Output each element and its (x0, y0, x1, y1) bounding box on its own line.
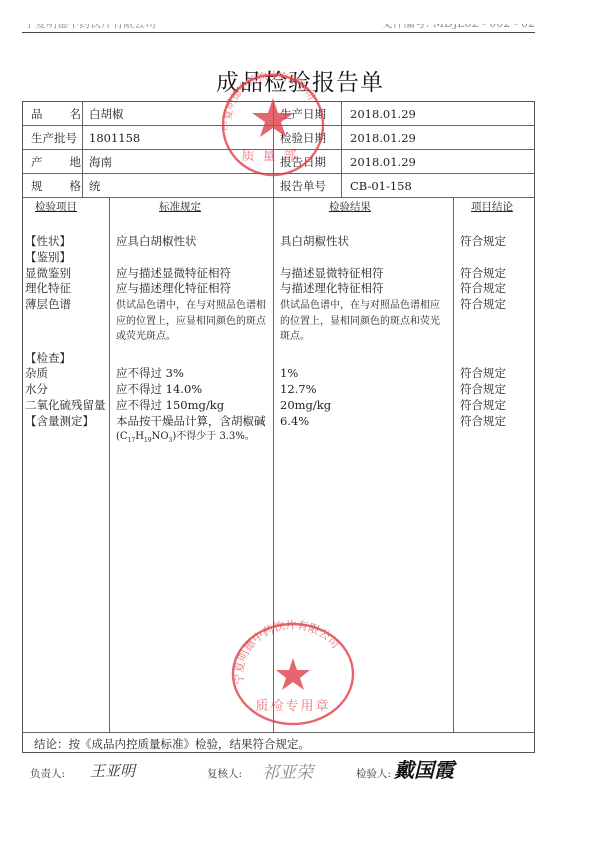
row-item: 【鉴别】 (25, 251, 71, 263)
origin-label: 产地 (31, 156, 81, 168)
row-conclusion: 符合规定 (460, 282, 506, 294)
test-date-label: 检验日期 (280, 132, 326, 144)
batch-label: 生产批号 (31, 132, 77, 144)
product-name-label: 品名 (31, 108, 81, 120)
report-date-value: 2018.01.29 (350, 156, 416, 168)
responsible-signature: 王亚明 (90, 760, 135, 781)
reviewer-signature: 祁亚荣 (262, 758, 313, 783)
row-result: 20mg/kg (280, 399, 331, 411)
row-item: 薄层色谱 (25, 298, 71, 310)
inspector-label: 检验人: (356, 766, 391, 781)
row-standard: 应具白胡椒性状 (116, 235, 197, 247)
row-conclusion: 符合规定 (460, 298, 506, 310)
row-standard: 应不得过 3% (116, 367, 184, 379)
row-item: 【检查】 (25, 352, 71, 364)
prod-date-label: 生产日期 (280, 108, 326, 120)
test-date-value: 2018.01.29 (350, 132, 416, 144)
inspector-signature: 戴国霞 (394, 754, 454, 783)
row-result: 与描述理化特征相符 (280, 282, 384, 294)
row-item: 二氧化硫残留量 (25, 399, 106, 411)
row-standard: 本品按干燥品计算，含胡椒碱 (116, 415, 266, 427)
row-item: 水分 (25, 383, 48, 395)
row-conclusion: 符合规定 (460, 235, 506, 247)
col-header-conclusion: 项目结论 (471, 201, 513, 213)
row-conclusion: 符合规定 (460, 399, 506, 411)
signature-row: 负责人: 王亚明 复核人: 祁亚荣 检验人: 戴国霞 (22, 758, 542, 788)
row-standard: 应与描述显微特征相符 (116, 267, 231, 279)
report-table: 品名 白胡椒 生产批号 1801158 产地 海南 规格 统 生产日期 2018… (22, 101, 535, 753)
spec-value: 统 (89, 180, 101, 192)
row-standard-formula: (C17H19NO3)不得少于 3.3%。 (116, 431, 255, 447)
batch-value: 1801158 (89, 132, 140, 144)
row-item: 杂质 (25, 367, 48, 379)
row-conclusion: 符合规定 (460, 367, 506, 379)
prod-date-value: 2018.01.29 (350, 108, 416, 120)
page-title: 成品检验报告单 (0, 64, 600, 97)
row-conclusion: 符合规定 (460, 415, 506, 427)
row-standard: 供试品色谱中，在与对照品色谱相应的位置上，应显相同颜色的斑点或荧光斑点。 (116, 298, 268, 345)
row-item: 显微鉴别 (25, 267, 71, 279)
col-header-item: 检验项目 (35, 201, 77, 213)
row-result: 与描述显微特征相符 (280, 267, 384, 279)
product-name-value: 白胡椒 (89, 108, 124, 120)
report-no-label: 报告单号 (280, 180, 326, 192)
row-item: 理化特征 (25, 282, 71, 294)
row-conclusion: 符合规定 (460, 267, 506, 279)
row-conclusion: 符合规定 (460, 383, 506, 395)
row-standard: 应与描述理化特征相符 (116, 282, 231, 294)
final-conclusion: 结论：按《成品内控质量标准》检验，结果符合规定。 (34, 736, 310, 752)
col-header-standard: 标准规定 (159, 201, 201, 213)
reviewer-label: 复核人: (207, 766, 242, 781)
row-result: 6.4% (280, 415, 309, 427)
col-header-result: 检验结果 (329, 201, 371, 213)
row-result: 供试品色谱中，在与对照品色谱相应的位置上，显相同颜色的斑点和荧光斑点。 (280, 298, 448, 345)
row-item: 【性状】 (25, 235, 71, 247)
page-header: 宁夏明德中药饮片有限公司 文件编号: MDJL02 - 002 - 02 (22, 18, 535, 33)
row-result: 12.7% (280, 383, 317, 395)
row-standard: 应不得过 150mg/kg (116, 399, 224, 411)
row-result: 1% (280, 367, 298, 379)
row-result: 具白胡椒性状 (280, 235, 349, 247)
responsible-label: 负责人: (30, 766, 65, 781)
spec-label: 规格 (31, 180, 81, 192)
row-standard: 应不得过 14.0% (116, 383, 202, 395)
row-item: 【含量测定】 (25, 415, 94, 427)
header-doc-number: 文件编号: MDJL02 - 002 - 02 (382, 18, 535, 29)
origin-value: 海南 (89, 156, 112, 168)
header-company: 宁夏明德中药饮片有限公司 (24, 18, 156, 29)
report-no-value: CB-01-158 (350, 180, 412, 192)
report-date-label: 报告日期 (280, 156, 326, 168)
